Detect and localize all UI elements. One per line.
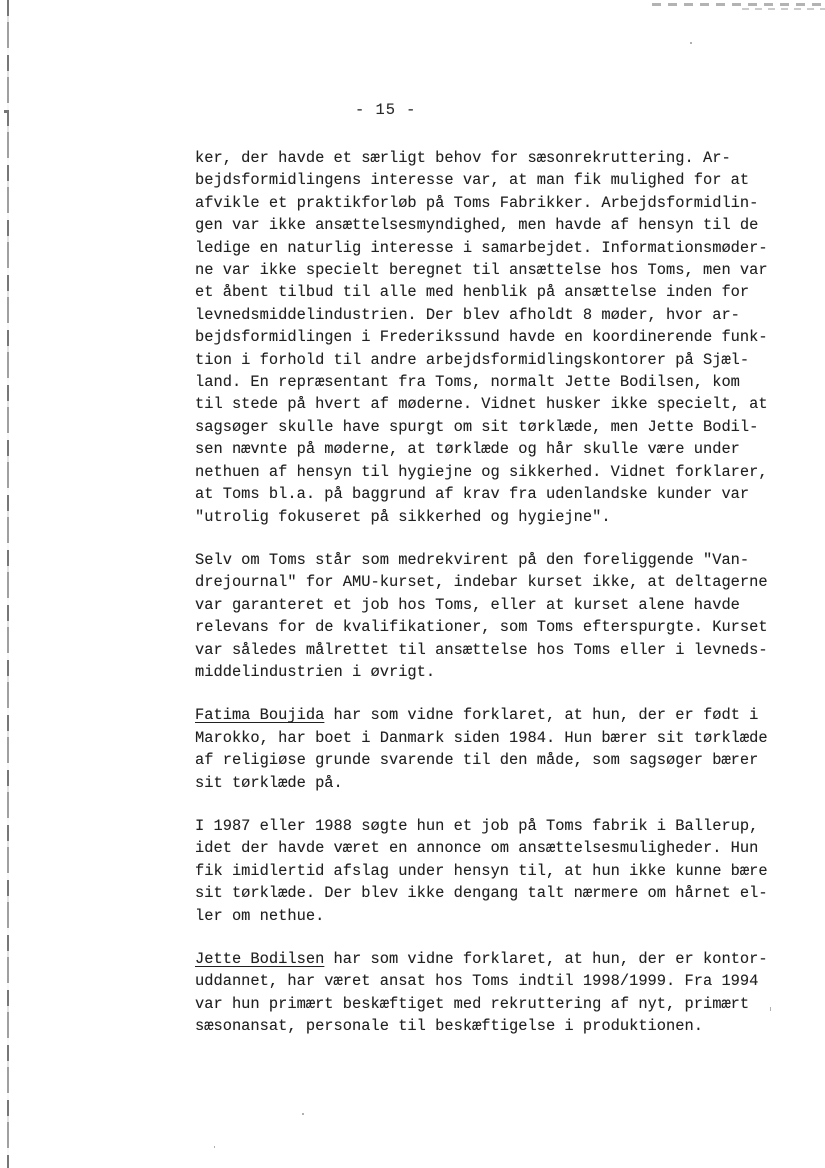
scan-speck <box>690 42 692 44</box>
witness-name-underlined: Fatima Boujida <box>195 706 324 724</box>
paragraph-witness-jette-bodilsen: Jette Bodilsen har som vidne forklaret, … <box>195 948 795 1038</box>
paragraph-amu-course: Selv om Toms står som medrekvirent på de… <box>195 549 795 683</box>
scan-speck <box>214 1146 215 1148</box>
paragraph-job-application-1987: I 1987 eller 1988 søgte hun et job på To… <box>195 815 795 927</box>
scanned-document-page: - 15 - ker, der havde et særligt behov f… <box>0 0 825 1168</box>
paragraph-testimony-recruitment: ker, der havde et særligt behov for sæso… <box>195 147 795 528</box>
paragraph-text: ker, der havde et særligt behov for sæso… <box>195 149 768 526</box>
scan-artifact-top-noise <box>742 8 825 10</box>
page-number: - 15 - <box>355 101 416 119</box>
scan-speck <box>302 1113 304 1115</box>
paragraph-witness-fatima-boujida: Fatima Boujida har som vidne forklaret, … <box>195 704 795 794</box>
witness-name-underlined: Jette Bodilsen <box>195 950 324 968</box>
paragraph-text: Selv om Toms står som medrekvirent på de… <box>195 551 768 681</box>
scan-artifact-top-noise <box>652 3 825 6</box>
scan-speck <box>4 110 7 113</box>
scan-artifact-left-edge-line <box>7 0 9 1168</box>
document-body: ker, der havde et særligt behov for sæso… <box>195 147 795 1059</box>
paragraph-text: I 1987 eller 1988 søgte hun et job på To… <box>195 817 768 925</box>
